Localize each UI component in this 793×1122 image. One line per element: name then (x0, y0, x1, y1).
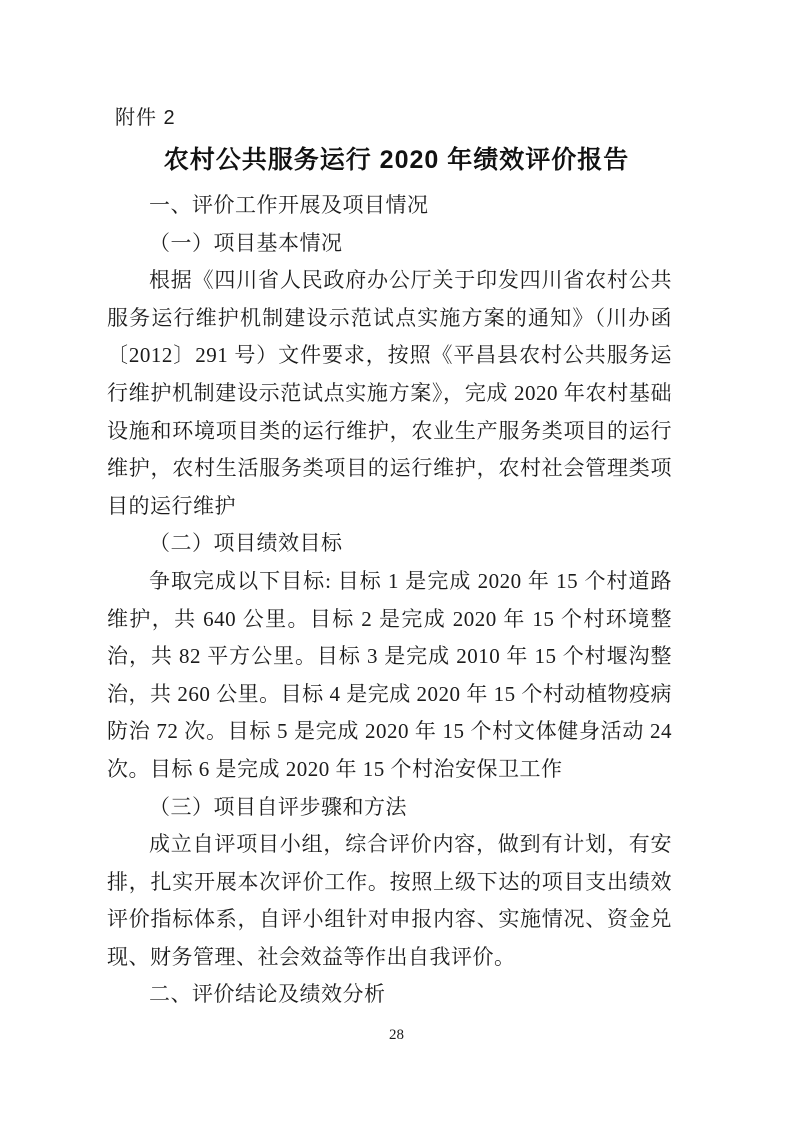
subsection-heading-1-3: （三）项目自评步骤和方法 (107, 789, 672, 827)
paragraph-project-basics: 根据《四川省人民政府办公厅关于印发四川省农村公共服务运行维护机制建设示范试点实施… (107, 262, 672, 525)
attachment-label: 附件 2 (115, 101, 176, 130)
paragraph-performance-goals: 争取完成以下目标: 目标 1 是完成 2020 年 15 个村道路维护，共 64… (107, 563, 672, 789)
document-body: 一、评价工作开展及项目情况 （一）项目基本情况 根据《四川省人民政府办公厅关于印… (107, 187, 672, 1014)
document-page: 附件 2 农村公共服务运行 2020 年绩效评价报告 一、评价工作开展及项目情况… (0, 0, 793, 1122)
page-number: 28 (0, 1027, 793, 1044)
section-heading-1: 一、评价工作开展及项目情况 (107, 187, 672, 225)
document-title: 农村公共服务运行 2020 年绩效评价报告 (0, 140, 793, 176)
paragraph-self-evaluation-method: 成立自评项目小组，综合评价内容，做到有计划，有安排，扎实开展本次评价工作。按照上… (107, 826, 672, 976)
subsection-heading-1-2: （二）项目绩效目标 (107, 525, 672, 563)
subsection-heading-1-1: （一）项目基本情况 (107, 225, 672, 263)
section-heading-2: 二、评价结论及绩效分析 (107, 976, 672, 1014)
